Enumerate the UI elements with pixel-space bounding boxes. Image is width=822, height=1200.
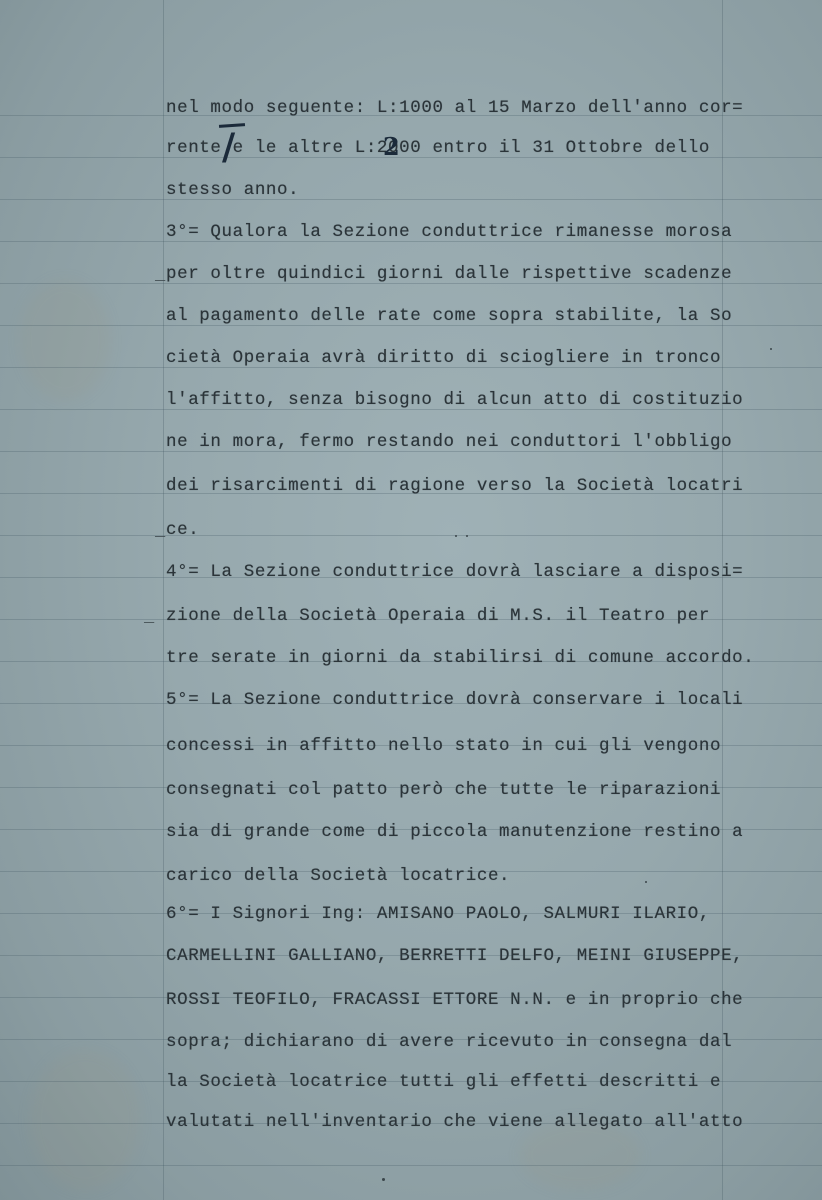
ruled-line — [0, 1165, 822, 1166]
paper-stain — [20, 280, 110, 400]
text-line: CARMELLINI GALLIANO, BERRETTI DELFO, MEI… — [166, 946, 743, 966]
right-margin-rule — [722, 0, 723, 1200]
paper-speck — [466, 535, 468, 537]
handwritten-digit-correction: 2 — [383, 132, 400, 161]
text-line: al pagamento delle rate come sopra stabi… — [166, 306, 732, 326]
ruled-line — [0, 535, 822, 536]
text-line: ce. — [166, 520, 199, 540]
text-line: sia di grande come di piccola manutenzio… — [166, 822, 743, 842]
ruled-line — [0, 199, 822, 200]
text-line: dei risarcimenti di ragione verso la Soc… — [166, 476, 743, 496]
paper-speck — [455, 535, 457, 537]
text-line: l'affitto, senza bisogno di alcun atto d… — [166, 390, 743, 410]
text-line: sopra; dichiarano di avere ricevuto in c… — [166, 1032, 732, 1052]
margin-dash: _ — [155, 522, 165, 542]
text-line: 4°= La Sezione conduttrice dovrà lasciar… — [166, 562, 743, 582]
paper-speck — [645, 881, 647, 883]
text-line: 6°= I Signori Ing: AMISANO PAOLO, SALMUR… — [166, 904, 710, 924]
document-page: nel modo seguente: L:1000 al 15 Marzo de… — [0, 0, 822, 1200]
text-line: carico della Società locatrice. — [166, 866, 510, 886]
text-line: 3°= Qualora la Sezione conduttrice riman… — [166, 222, 732, 242]
margin-dash: _ — [144, 608, 154, 628]
paper-speck — [770, 348, 772, 350]
text-line: la Società locatrice tutti gli effetti d… — [166, 1072, 721, 1092]
text-line: stesso anno. — [166, 180, 299, 200]
text-line: cietà Operaia avrà diritto di sciogliere… — [166, 348, 721, 368]
paper-stain — [30, 1050, 140, 1190]
text-line: nel modo seguente: L:1000 al 15 Marzo de… — [166, 98, 743, 118]
text-line: ne in mora, fermo restando nei conduttor… — [166, 432, 732, 452]
text-line: 5°= La Sezione conduttrice dovrà conserv… — [166, 690, 743, 710]
handwritten-insertion-mark: / — [222, 126, 235, 168]
text-line: per oltre quindici giorni dalle rispetti… — [166, 264, 732, 284]
paper-speck — [382, 1178, 385, 1181]
left-margin-rule — [163, 0, 164, 1200]
margin-dash: _ — [155, 266, 165, 286]
text-line: valutati nell'inventario che viene alleg… — [166, 1112, 743, 1132]
text-line: concessi in affitto nello stato in cui g… — [166, 736, 721, 756]
text-line: rente e le altre L:2000 entro il 31 Otto… — [166, 138, 710, 158]
text-line: tre serate in giorni da stabilirsi di co… — [166, 648, 754, 668]
text-line: zione della Società Operaia di M.S. il T… — [166, 606, 710, 626]
text-line: ROSSI TEOFILO, FRACASSI ETTORE N.N. e in… — [166, 990, 743, 1010]
text-line: consegnati col patto però che tutte le r… — [166, 780, 721, 800]
